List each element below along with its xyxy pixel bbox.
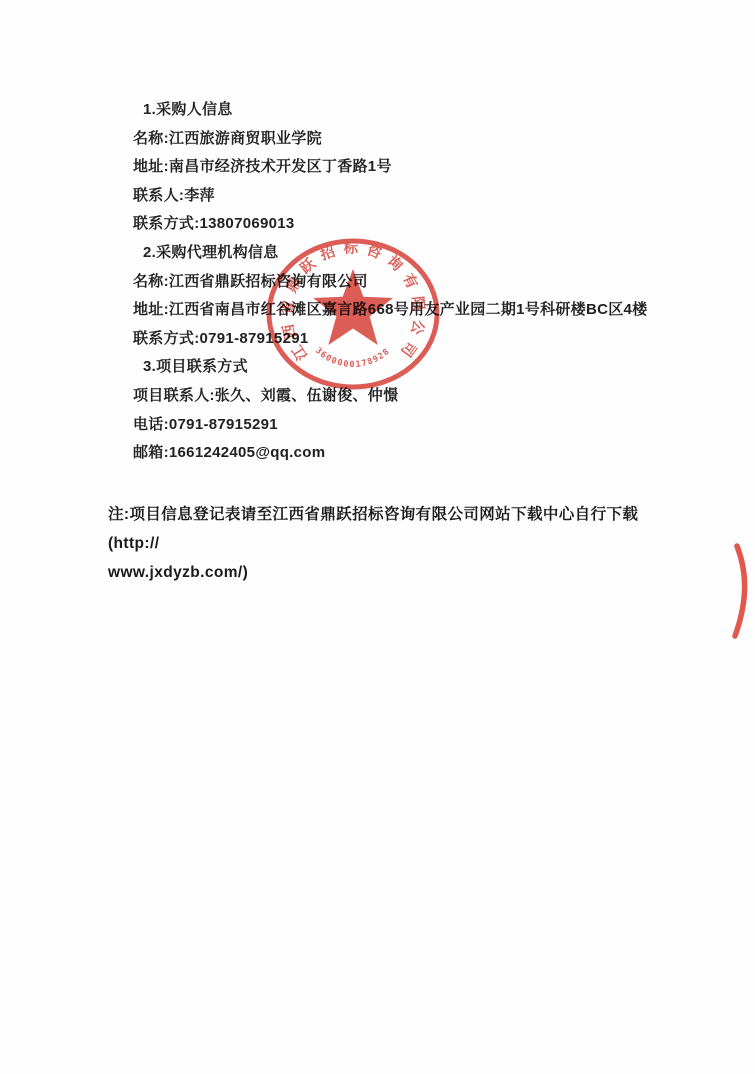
agency-address-line: 地址:江西省南昌市红谷滩区嘉言路668号用友产业园二期1号科研楼BC区4楼: [133, 296, 653, 325]
section-heading-purchaser: 1.采购人信息: [133, 96, 653, 125]
project-phone-line: 电话:0791-87915291: [133, 411, 653, 440]
download-note: 注:项目信息登记表请至江西省鼎跃招标咨询有限公司网站下载中心自行下载(http:…: [108, 500, 688, 587]
agency-phone-line: 联系方式:0791-87915291: [133, 325, 653, 354]
section-heading-project-contact: 3.项目联系方式: [133, 353, 653, 382]
purchaser-phone-line: 联系方式:13807069013: [133, 210, 653, 239]
purchaser-contact-line: 联系人:李萍: [133, 182, 653, 211]
section-heading-agency: 2.采购代理机构信息: [133, 239, 653, 268]
purchaser-name-line: 名称:江西旅游商贸职业学院: [133, 125, 653, 154]
agency-name-line: 名称:江西省鼎跃招标咨询有限公司: [133, 268, 653, 297]
download-note-line1: 注:项目信息登记表请至江西省鼎跃招标咨询有限公司网站下载中心自行下载(http:…: [108, 500, 688, 558]
download-note-line2: www.jxdyzb.com/): [108, 558, 688, 587]
project-contacts-line: 项目联系人:张久、刘霞、伍谢俊、仲憬: [133, 382, 653, 411]
purchaser-address-line: 地址:南昌市经济技术开发区丁香路1号: [133, 153, 653, 182]
project-email-line: 邮箱:1661242405@qq.com: [133, 439, 653, 468]
document-page: 1.采购人信息 名称:江西旅游商贸职业学院 地址:南昌市经济技术开发区丁香路1号…: [0, 0, 755, 1074]
document-body: 1.采购人信息 名称:江西旅游商贸职业学院 地址:南昌市经济技术开发区丁香路1号…: [133, 96, 653, 468]
page-edge-seal-arc-icon: [724, 540, 755, 642]
